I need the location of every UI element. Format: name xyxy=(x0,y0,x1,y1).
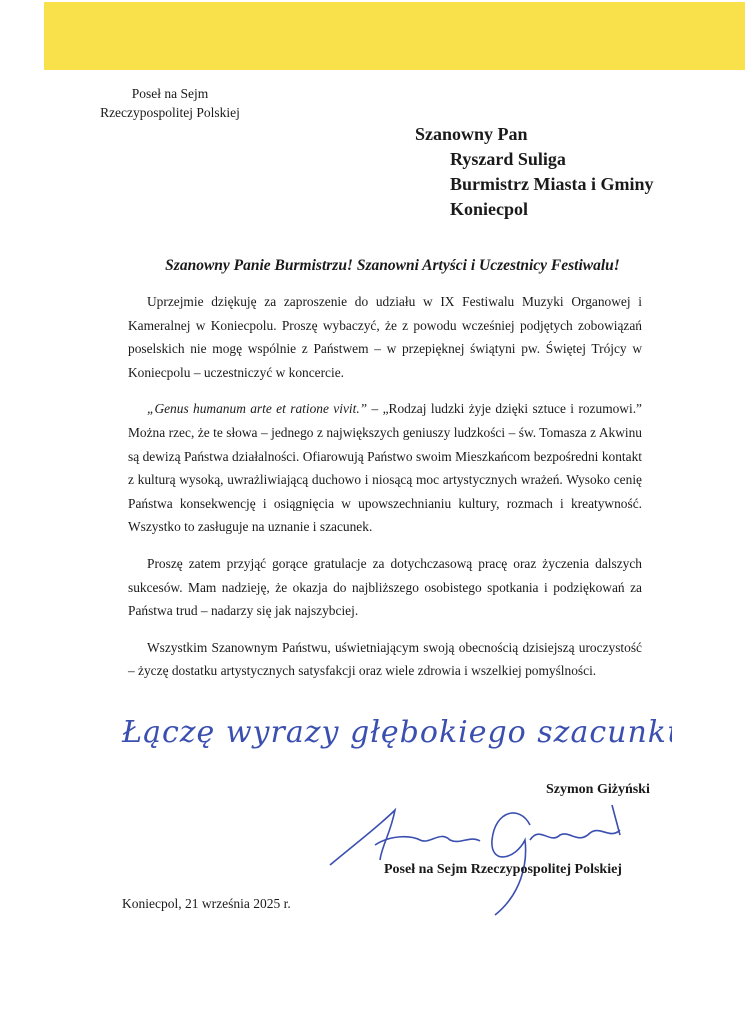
paragraph-3: Proszę zatem przyjąć gorące gratulacje z… xyxy=(128,552,642,623)
paragraph-4: Wszystkim Szanownym Państwu, uświetniają… xyxy=(128,636,642,683)
signatory-title: Poseł na Sejm Rzeczypospolitej Polskiej xyxy=(384,862,622,878)
handwritten-closing: Łączę wyrazy głębokiego szacunku xyxy=(112,700,672,770)
addressee-name: Ryszard Suliga xyxy=(415,147,653,172)
letter-body: Uprzejmie dziękuję za zaproszenie do udz… xyxy=(128,290,642,696)
addressee-greeting: Szanowny Pan xyxy=(415,122,653,147)
place-and-date: Koniecpol, 21 września 2025 r. xyxy=(122,896,291,912)
paragraph-1: Uprzejmie dziękuję za zaproszenie do udz… xyxy=(128,290,642,384)
handwritten-signature xyxy=(320,785,660,920)
paragraph-2-text: Można rzec, że te słowa – jednego z najw… xyxy=(128,425,642,534)
sender-line-2: Rzeczypospolitej Polskiej xyxy=(60,103,280,122)
latin-quote: „Genus humanum arte et ratione vivit.” xyxy=(147,401,367,416)
paragraph-2: „Genus humanum arte et ratione vivit.” –… xyxy=(128,397,642,539)
letterhead-yellow-band xyxy=(44,2,745,70)
addressee-title: Burmistrz Miasta i Gminy xyxy=(415,172,653,197)
sender-line-1: Poseł na Sejm xyxy=(60,84,280,103)
handwritten-closing-text: Łączę wyrazy głębokiego szacunku xyxy=(121,715,672,750)
sender-block: Poseł na Sejm Rzeczypospolitej Polskiej xyxy=(60,84,280,122)
salutation: Szanowny Panie Burmistrzu! Szanowni Arty… xyxy=(0,257,745,275)
addressee-place: Koniecpol xyxy=(415,197,653,222)
quote-translation: – „Rodzaj ludzki żyje dzięki sztuce i ro… xyxy=(367,401,642,416)
addressee-block: Szanowny Pan Ryszard Suliga Burmistrz Mi… xyxy=(415,122,653,222)
